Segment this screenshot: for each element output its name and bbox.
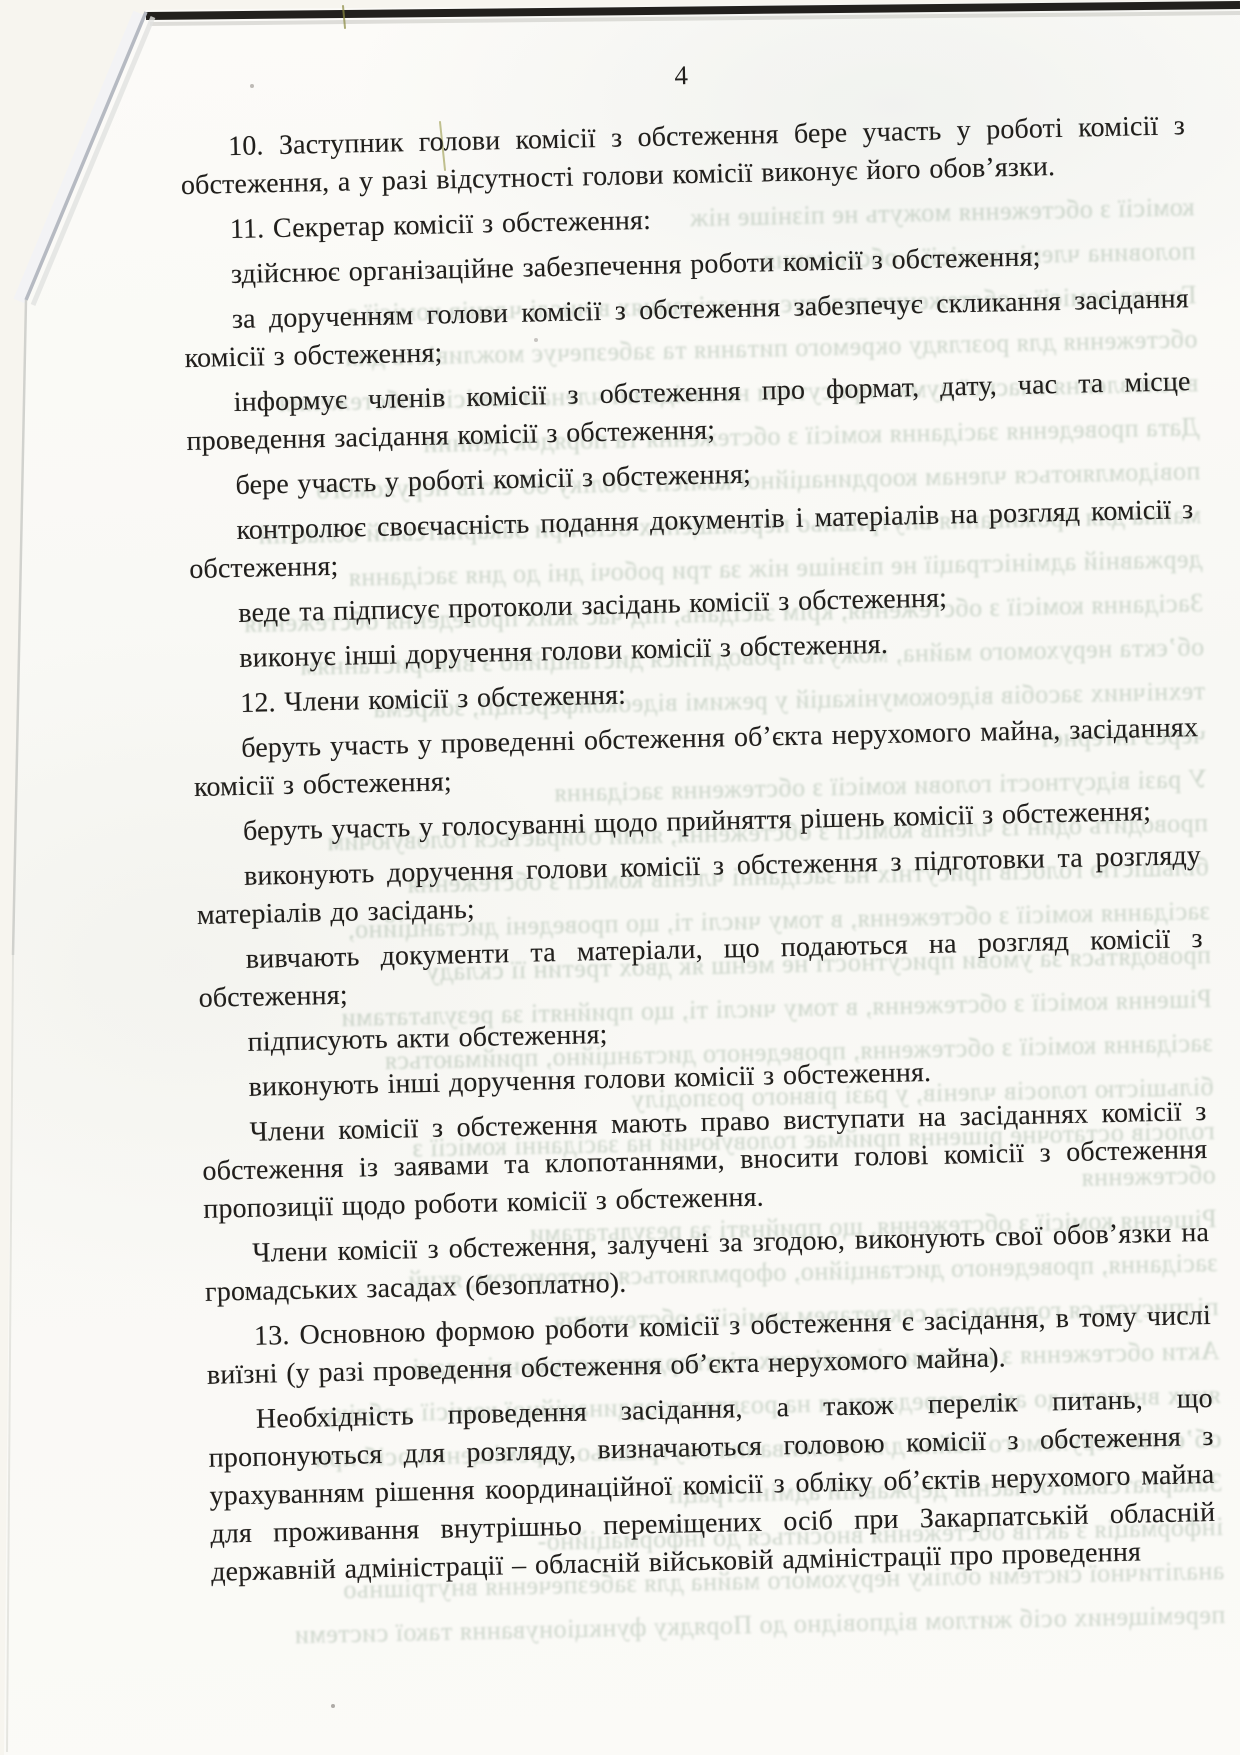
member-duty-item: вивчають документи та матеріали, що пода… [197, 920, 1203, 1018]
paragraph-10: 10. Заступник голови комісії з обстеженн… [180, 107, 1186, 205]
secretary-duty-item: контролює своєчасність подання документі… [188, 491, 1194, 589]
members-unpaid-paragraph: Члени комісії з обстеження, залучені за … [204, 1214, 1210, 1312]
secretary-duty-item: інформує членів комісії з обстеження про… [185, 363, 1191, 461]
member-duty-item: виконують доручення голови комісії з обс… [196, 837, 1202, 935]
paragraph-13: 13. Основною формою роботи комісії з обс… [206, 1297, 1212, 1395]
document-content: 4 10. Заступник голови комісії з обстеже… [178, 47, 1216, 1599]
members-rights-paragraph: Члени комісії з обстеження мають право в… [201, 1093, 1208, 1229]
member-duty-item: беруть участь у проведенні обстеження об… [193, 709, 1199, 807]
meeting-necessity-paragraph: Необхідність проведення засідання, а так… [208, 1380, 1217, 1592]
scanned-document-page: комісії з обстеження можуть не пізніше н… [0, 0, 1240, 1755]
secretary-duty-item: за дорученням голови комісії з обстеженн… [184, 280, 1190, 378]
